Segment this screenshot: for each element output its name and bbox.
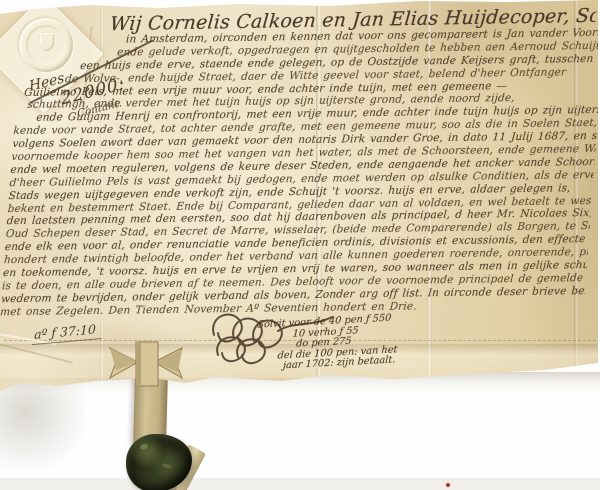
fee-annotation: aº ƒ 37:10: [32, 321, 102, 345]
scanned-parchment-deed: Wij Cornelis Calkoen en Jan Elias Huijde…: [0, 0, 600, 490]
scanner-edge-band: [0, 478, 600, 490]
signature-flourish-icon: [204, 303, 336, 373]
red-speck: [446, 483, 450, 487]
seal-lacing: [102, 340, 190, 388]
wax-highlight: [162, 463, 173, 469]
wax-seal-icon: [126, 434, 192, 490]
wax-highlight: [139, 443, 148, 450]
